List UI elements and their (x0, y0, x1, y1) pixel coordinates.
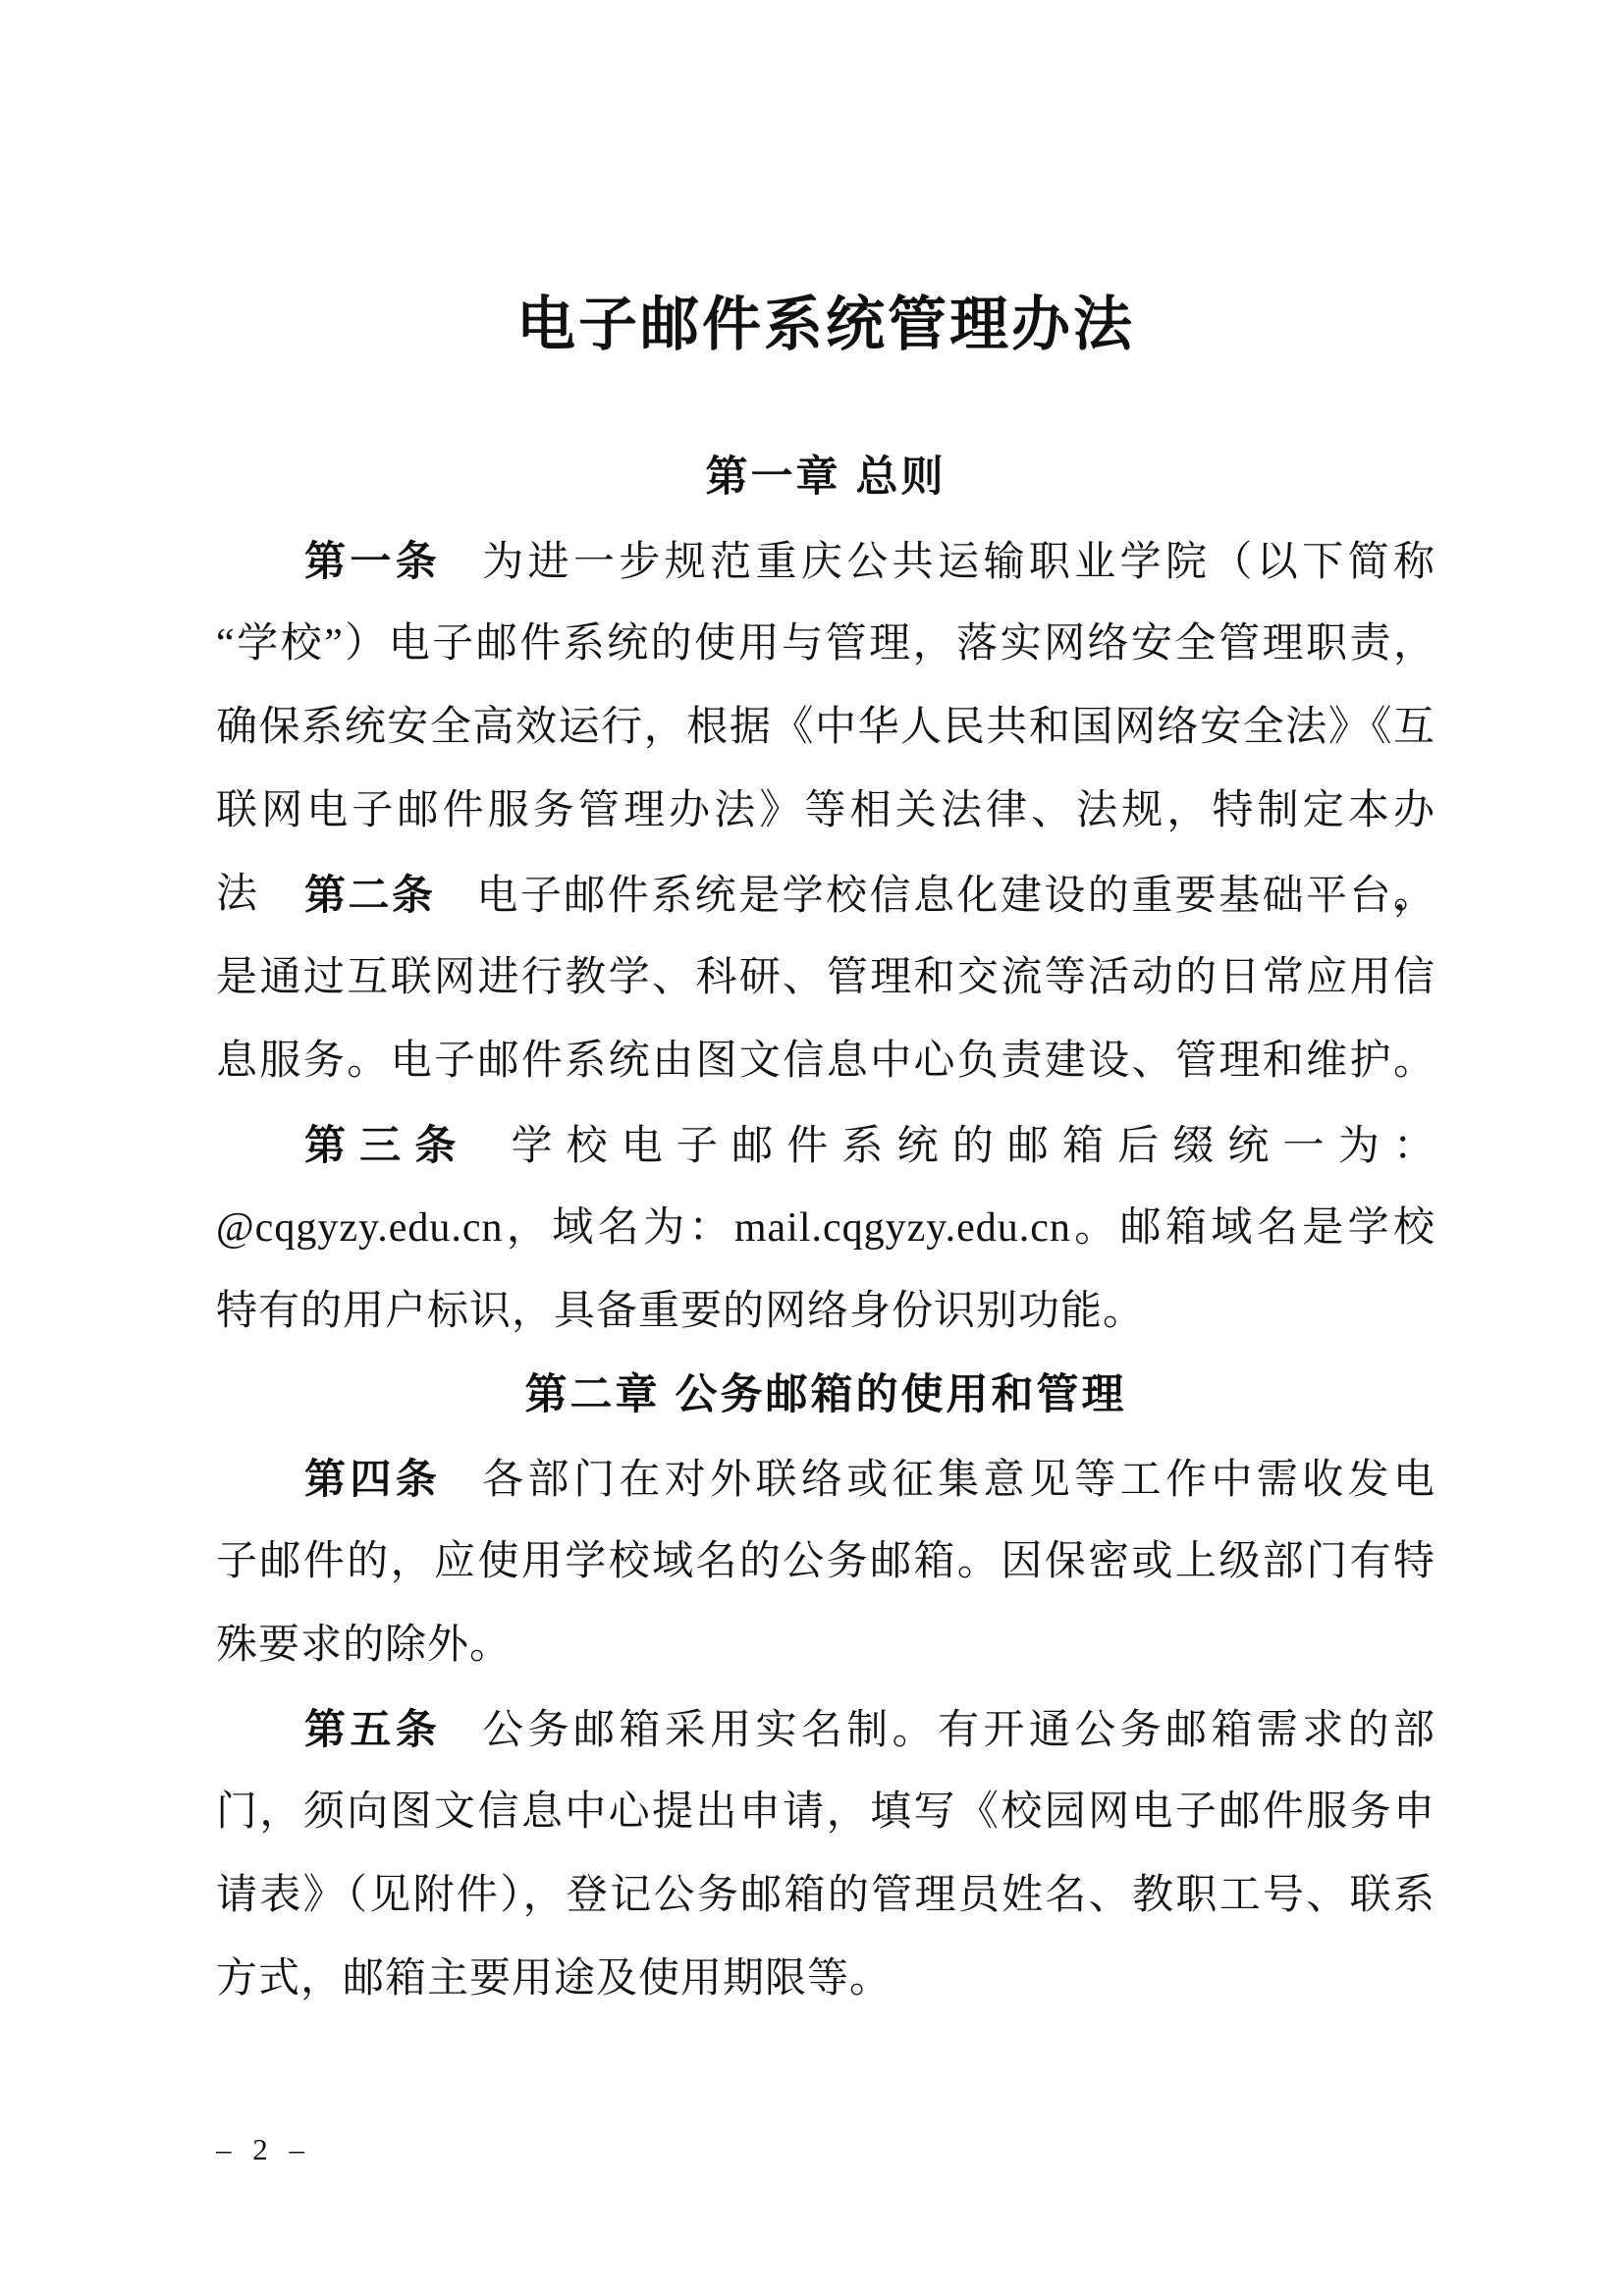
line-text: 殊要求的除外。 (216, 1623, 512, 1668)
text-line: 第一条为进一步规范重庆公共运输职业学院（以下简称 (216, 519, 1435, 603)
text-line: “学校”）电子邮件系统的使用与管理，落实网络安全管理职责， (216, 603, 1435, 686)
line-text: 请表》（见附件），登记公务邮箱的管理员姓名、教职工号、联系 (216, 1873, 1435, 1918)
document-page: 电子邮件系统管理办法 第一章 总则第一条为进一步规范重庆公共运输职业学院（以下简… (0, 0, 1624, 2296)
line-text: 为进一步规范重庆公共运输职业学院（以下简称 (482, 540, 1435, 585)
text-line: 是通过互联网进行教学、科研、管理和交流等活动的日常应用信 (216, 936, 1435, 1020)
line-text: 门，须向图文信息中心提出申请，填写《校园网电子邮件服务申 (216, 1789, 1435, 1835)
line-text: 电子邮件系统是学校信息化建设的重要基础平台， (476, 874, 1435, 919)
text-line: 子邮件的，应使用学校域名的公务邮箱。因保密或上级部门有特 (216, 1521, 1435, 1604)
text-line: 门，须向图文信息中心提出申请，填写《校园网电子邮件服务申 (216, 1771, 1435, 1854)
line-text: 息服务。电子邮件系统由图文信息中心负责建设、管理和维护。 (216, 1039, 1435, 1084)
chapter-heading: 第二章 公务邮箱的使用和管理 (216, 1354, 1435, 1437)
text-line: 第五条公务邮箱采用实名制。有开通公务邮箱需求的部 (216, 1687, 1435, 1771)
text-line: 第三条学校电子邮件系统的邮箱后缀统一为： (216, 1103, 1435, 1187)
page-number: – 2 – (216, 2132, 311, 2167)
article-number-label: 第一条 (304, 538, 441, 584)
document-title: 电子邮件系统管理办法 (216, 287, 1435, 363)
line-text: @cqgyzy.edu.cn，域名为：mail.cqgyzy.edu.cn。邮箱… (216, 1205, 1435, 1251)
text-line: 方式，邮箱主要用途及使用期限等。 (216, 1938, 1435, 2021)
chapter-heading: 第一章 总则 (216, 436, 1435, 519)
line-text: 特有的用户标识，具备重要的网络身份识别功能。 (216, 1289, 1145, 1334)
text-line: @cqgyzy.edu.cn，域名为：mail.cqgyzy.edu.cn。邮箱… (216, 1187, 1435, 1270)
article-number-label: 第四条 (304, 1456, 441, 1502)
line-text: “学校”）电子邮件系统的使用与管理，落实网络安全管理职责， (216, 621, 1435, 667)
document-body: 第一章 总则第一条为进一步规范重庆公共运输职业学院（以下简称“学校”）电子邮件系… (216, 436, 1435, 2021)
line-text: 方式，邮箱主要用途及使用期限等。 (216, 1956, 892, 2002)
text-line: 联网电子邮件服务管理办法》等相关法律、法规，特制定本办法。 (216, 770, 1435, 853)
text-line: 息服务。电子邮件系统由图文信息中心负责建设、管理和维护。 (216, 1020, 1435, 1103)
line-text: 是通过互联网进行教学、科研、管理和交流等活动的日常应用信 (216, 955, 1435, 1000)
article-number-label: 第三条 (304, 1122, 469, 1168)
text-line: 殊要求的除外。 (216, 1604, 1435, 1687)
text-line: 请表》（见附件），登记公务邮箱的管理员姓名、教职工号、联系 (216, 1854, 1435, 1938)
text-line: 确保系统安全高效运行，根据《中华人民共和国网络安全法》《互 (216, 686, 1435, 770)
chapter-heading-text: 第一章 总则 (706, 454, 947, 501)
text-line: 第二条电子邮件系统是学校信息化建设的重要基础平台， (216, 853, 1435, 936)
text-line: 第四条各部门在对外联络或征集意见等工作中需收发电 (216, 1437, 1435, 1521)
line-text: 子邮件的，应使用学校域名的公务邮箱。因保密或上级部门有特 (216, 1539, 1435, 1584)
text-line: 特有的用户标识，具备重要的网络身份识别功能。 (216, 1270, 1435, 1354)
chapter-heading-text: 第二章 公务邮箱的使用和管理 (525, 1371, 1127, 1418)
line-text: 学校电子邮件系统的邮箱后缀统一为： (511, 1124, 1435, 1169)
article-number-label: 第二条 (304, 872, 435, 918)
line-text: 公务邮箱采用实名制。有开通公务邮箱需求的部 (482, 1708, 1435, 1753)
line-text: 各部门在对外联络或征集意见等工作中需收发电 (482, 1458, 1435, 1503)
article-number-label: 第五条 (304, 1706, 441, 1752)
line-text: 确保系统安全高效运行，根据《中华人民共和国网络安全法》《互 (216, 705, 1435, 750)
